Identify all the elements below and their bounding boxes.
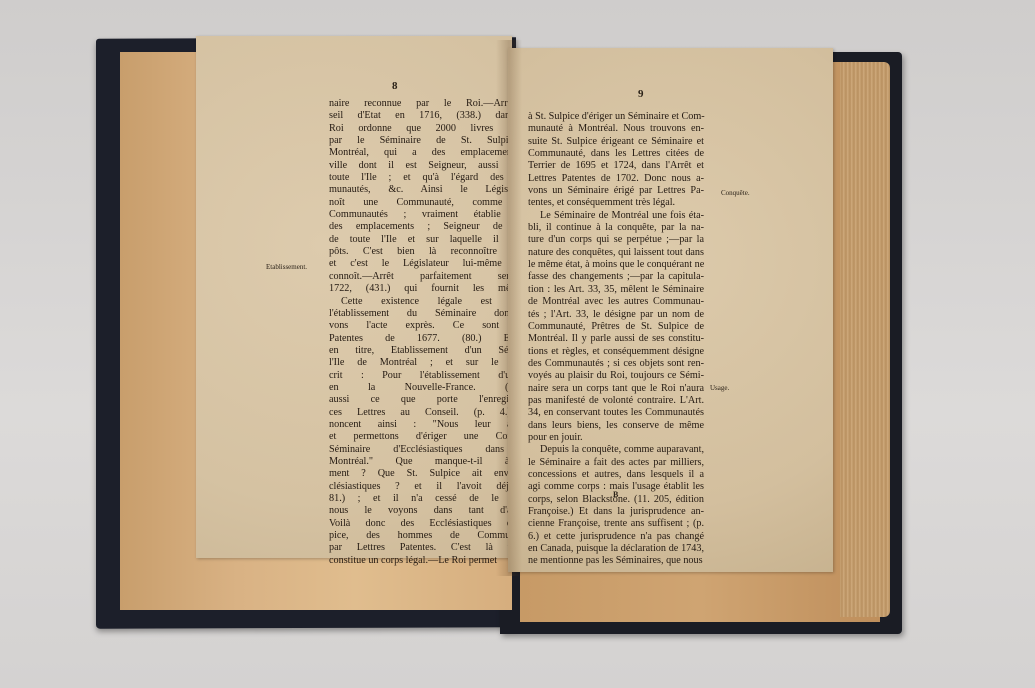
- text-line: le Séminaire a fait des actes par millie…: [528, 457, 704, 469]
- text-line: dans leurs biens, les conserve de même: [528, 420, 704, 432]
- text-line: ne mentionne pas les Séminaires, que nou…: [528, 555, 704, 567]
- text-line: en Canada, puisque la déclaration de 174…: [528, 543, 704, 555]
- left-page: 8 naire reconnue par le Roi.—Arrêt du Co…: [196, 36, 512, 558]
- text-line: voyés au plaisir du Roi, toujours ce Sém…: [528, 370, 704, 382]
- text-line: pas manifesté de volonté contraire. L'Ar…: [528, 395, 704, 407]
- page-number: 8: [392, 80, 398, 92]
- text-line: bli, il continue à la conquête, par la n…: [528, 222, 704, 234]
- text-line: ture d'un corps qui se perpétue ;—par la: [528, 234, 704, 246]
- text-line: naire sera un corps tant que le Roi n'au…: [528, 383, 704, 395]
- text-line: concessions et autres, dans lesquels il …: [528, 469, 704, 481]
- text-line: tés ; l'Art. 33, le désigne par un nom d…: [528, 309, 704, 321]
- right-page-text: à St. Sulpice d'ériger un Séminaire et C…: [528, 111, 704, 568]
- text-line: le même état, à moins que le conquérant …: [528, 259, 704, 271]
- margin-note: Etablissement.: [266, 263, 307, 271]
- text-line: tion : les Art. 33, 35, mêlent le Sémina…: [528, 284, 704, 296]
- text-line: Montréal. Il y parle aussi de ses consti…: [528, 333, 704, 345]
- text-line: munauté à Montréal. Nous trouvons en-: [528, 123, 704, 135]
- margin-note: Conquête.: [721, 189, 750, 197]
- page-edges: [840, 62, 890, 617]
- text-line: Le Séminaire de Montréal une fois éta-: [528, 210, 704, 222]
- text-line: Communauté, dans les Lettres citées de: [528, 148, 704, 160]
- text-line: de Montréal avec les autres Communau-: [528, 296, 704, 308]
- signature-mark: B: [613, 490, 618, 499]
- text-line: vons un Séminaire érigé par Lettres Pa-: [528, 185, 704, 197]
- margin-note: Usage.: [710, 384, 729, 392]
- right-page: 9 à St. Sulpice d'ériger un Séminaire et…: [508, 48, 833, 572]
- text-line: 6.) et cette jurisprudence n'a pas chang…: [528, 531, 704, 543]
- text-line: Communauté, Prêtres de St. Sulpice de: [528, 321, 704, 333]
- text-line: pour en jouir.: [528, 432, 704, 444]
- gutter: [496, 40, 522, 576]
- text-line: suite St. Sulpice érigeant ce Séminaire …: [528, 136, 704, 148]
- text-line: tentes, et conséquemment très légal.: [528, 197, 704, 209]
- text-line: Terrier de 1695 et 1724, dans l'Arrêt et: [528, 160, 704, 172]
- text-line: fasse des changements ;—par la capitula-: [528, 271, 704, 283]
- text-line: Françoise.) Et dans la jurisprudence an-: [528, 506, 704, 518]
- text-line: cienne Françoise, trente ans suffisent ;…: [528, 518, 704, 530]
- text-line: tions et règles, et conséquemment désign…: [528, 346, 704, 358]
- text-line: à St. Sulpice d'ériger un Séminaire et C…: [528, 111, 704, 123]
- page-number: 9: [638, 88, 644, 100]
- text-line: Depuis la conquête, comme auparavant,: [528, 444, 704, 456]
- text-line: Lettres Patentes de 1702. Donc nous a-: [528, 173, 704, 185]
- text-line: des Communautés ; si ces objets sont ren…: [528, 358, 704, 370]
- text-line: 34, en conservant toutes les Communautés: [528, 407, 704, 419]
- text-line: nature des conquêtes, qui laissent tout …: [528, 247, 704, 259]
